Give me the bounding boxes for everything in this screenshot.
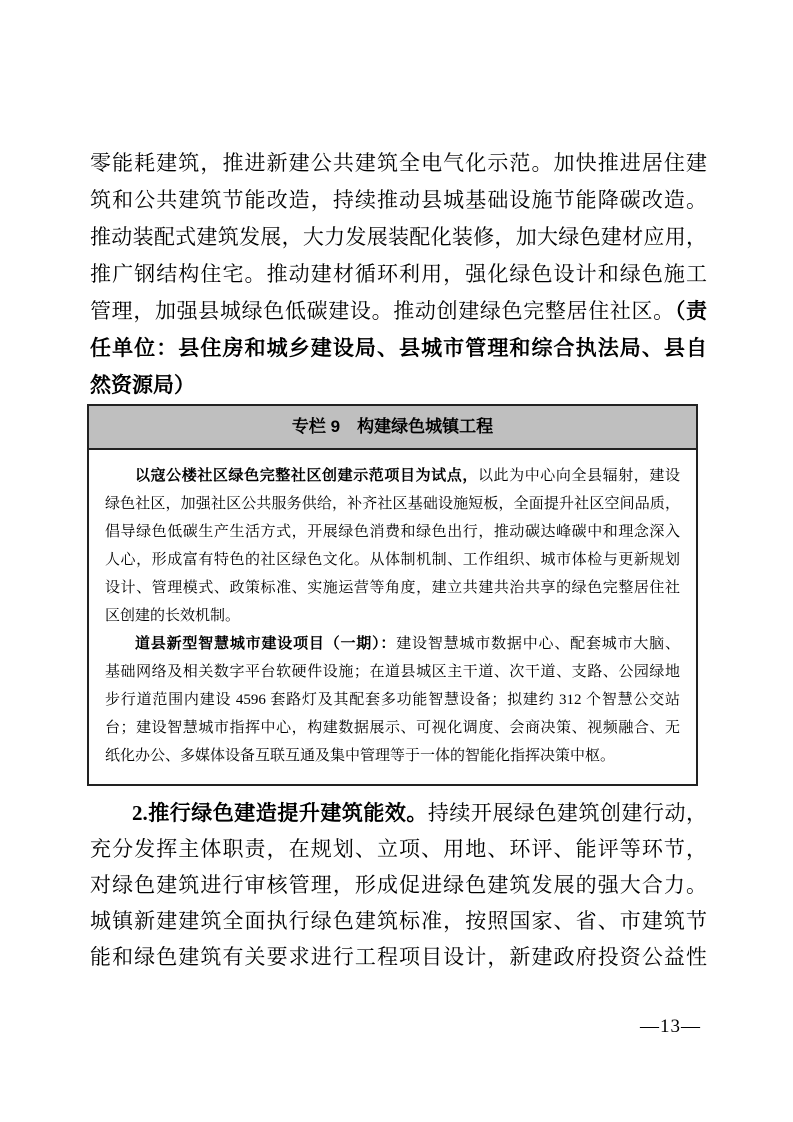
text-segment: 设计、管理模式、政策标准、实施运营等角度，建立共建共治共享的绿色完整居住社 (105, 580, 680, 596)
document-page: 零能耗建筑，推进新建公共建筑全电气化示范。加快推进居住建筑和公共建筑节能改造，持… (0, 0, 793, 1122)
text-segment: 城镇新建建筑全面执行绿色建筑标准，按照国家、省、市建筑节 (90, 909, 707, 933)
text-segment: 推广钢结构住宅。推动建材循环利用，强化绿色设计和绿色施工 (90, 262, 707, 286)
bold-text-segment: （责 (675, 299, 707, 323)
bold-text-segment: 然资源局） (90, 373, 195, 397)
text-segment: 持续开展绿色建筑创建行动， (428, 801, 707, 825)
text-segment: 基础网络及相关数字平台软硬件设施；在道县城区主干道、次干道、支路、公园绿地 (105, 664, 680, 680)
text-line: 以寇公楼社区绿色完整社区创建示范项目为试点，以此为中心向全县辐射，建设 (105, 462, 680, 490)
text-line: 区创建的长效机制。 (105, 602, 680, 630)
page-number: —13— (640, 1016, 701, 1038)
text-line: 城镇新建建筑全面执行绿色建筑标准，按照国家、省、市建筑节 (90, 903, 707, 939)
body-paragraph-top: 零能耗建筑，推进新建公共建筑全电气化示范。加快推进居住建筑和公共建筑节能改造，持… (90, 145, 707, 404)
text-line: 推广钢结构住宅。推动建材循环利用，强化绿色设计和绿色施工 (90, 256, 707, 293)
text-line: 台；建设智慧城市指挥中心，构建数据展示、可视化调度、会商决策、视频融合、无 (105, 714, 680, 742)
text-line: 基础网络及相关数字平台软硬件设施；在道县城区主干道、次干道、支路、公园绿地 (105, 658, 680, 686)
bold-text-segment: 任单位：县住房和城乡建设局、县城市管理和综合执法局、县自 (90, 336, 707, 360)
text-line: 纸化办公、多媒体设备互联互通及集中管理等于一体的智能化指挥决策中枢。 (105, 742, 680, 770)
text-line: 绿色社区，加强社区公共服务供给，补齐社区基础设施短板，全面提升社区空间品质， (105, 490, 680, 518)
bold-text-segment: 2.推行绿色建造提升建筑能效。 (132, 801, 428, 825)
text-line: 人心，形成富有特色的社区绿色文化。从体制机制、工作组织、城市体检与更新规划 (105, 546, 680, 574)
text-segment: 推动装配式建筑发展，大力发展装配化装修，加大绿色建材应用， (90, 225, 707, 249)
text-segment: 建设智慧城市数据中心、配套城市大脑、 (396, 636, 680, 652)
text-line: 道县新型智慧城市建设项目（一期）：建设智慧城市数据中心、配套城市大脑、 (105, 630, 680, 658)
feature-box: 专栏 9 构建绿色城镇工程 以寇公楼社区绿色完整社区创建示范项目为试点，以此为中… (87, 404, 698, 786)
feature-box-title: 专栏 9 构建绿色城镇工程 (89, 406, 696, 450)
text-line: 2.推行绿色建造提升建筑能效。持续开展绿色建筑创建行动， (90, 795, 707, 831)
text-segment: 以此为中心向全县辐射，建设 (478, 468, 680, 484)
text-line: 任单位：县住房和城乡建设局、县城市管理和综合执法局、县自 (90, 330, 707, 367)
body-paragraph-bottom: 2.推行绿色建造提升建筑能效。持续开展绿色建筑创建行动，充分发挥主体职责，在规划… (90, 795, 707, 975)
text-line: 步行道范围内建设 4596 套路灯及其配套多功能智慧设备；拟建约 312 个智慧… (105, 686, 680, 714)
feature-box-body: 以寇公楼社区绿色完整社区创建示范项目为试点，以此为中心向全县辐射，建设绿色社区，… (89, 450, 696, 784)
text-line: 设计、管理模式、政策标准、实施运营等角度，建立共建共治共享的绿色完整居住社 (105, 574, 680, 602)
text-line: 倡导绿色低碳生产生活方式，开展绿色消费和绿色出行，推动碳达峰碳中和理念深入 (105, 518, 680, 546)
bold-text-segment: 道县新型智慧城市建设项目（一期）： (135, 636, 396, 652)
text-line: 推动装配式建筑发展，大力发展装配化装修，加大绿色建材应用， (90, 219, 707, 256)
text-segment: 区创建的长效机制。 (105, 608, 240, 624)
text-line: 零能耗建筑，推进新建公共建筑全电气化示范。加快推进居住建 (90, 145, 707, 182)
text-segment: 绿色社区，加强社区公共服务供给，补齐社区基础设施短板，全面提升社区空间品质， (105, 496, 680, 512)
text-line: 然资源局） (90, 367, 707, 404)
text-segment: 管理，加强县城绿色低碳建设。推动创建绿色完整居住社区。 (90, 299, 675, 323)
text-line: 能和绿色建筑有关要求进行工程项目设计，新建政府投资公益性 (90, 939, 707, 975)
text-segment: 人心，形成富有特色的社区绿色文化。从体制机制、工作组织、城市体检与更新规划 (105, 552, 680, 568)
text-segment: 倡导绿色低碳生产生活方式，开展绿色消费和绿色出行，推动碳达峰碳中和理念深入 (105, 524, 680, 540)
text-line: 对绿色建筑进行审核管理，形成促进绿色建筑发展的强大合力。 (90, 867, 707, 903)
text-segment: 纸化办公、多媒体设备互联互通及集中管理等于一体的智能化指挥决策中枢。 (105, 748, 615, 764)
text-segment: 零能耗建筑，推进新建公共建筑全电气化示范。加快推进居住建 (90, 151, 707, 175)
bold-text-segment: 以寇公楼社区绿色完整社区创建示范项目为试点， (135, 468, 478, 484)
text-line: 充分发挥主体职责，在规划、立项、用地、环评、能评等环节， (90, 831, 707, 867)
text-segment: 能和绿色建筑有关要求进行工程项目设计，新建政府投资公益性 (90, 945, 707, 969)
text-line: 管理，加强县城绿色低碳建设。推动创建绿色完整居住社区。（责 (90, 293, 707, 330)
text-segment: 对绿色建筑进行审核管理，形成促进绿色建筑发展的强大合力。 (90, 873, 707, 897)
text-line: 筑和公共建筑节能改造，持续推动县城基础设施节能降碳改造。 (90, 182, 707, 219)
text-segment: 筑和公共建筑节能改造，持续推动县城基础设施节能降碳改造。 (90, 188, 707, 212)
text-segment: 充分发挥主体职责，在规划、立项、用地、环评、能评等环节， (90, 837, 707, 861)
text-segment: 步行道范围内建设 4596 套路灯及其配套多功能智慧设备；拟建约 312 个智慧… (105, 692, 680, 708)
text-segment: 台；建设智慧城市指挥中心，构建数据展示、可视化调度、会商决策、视频融合、无 (105, 720, 680, 736)
